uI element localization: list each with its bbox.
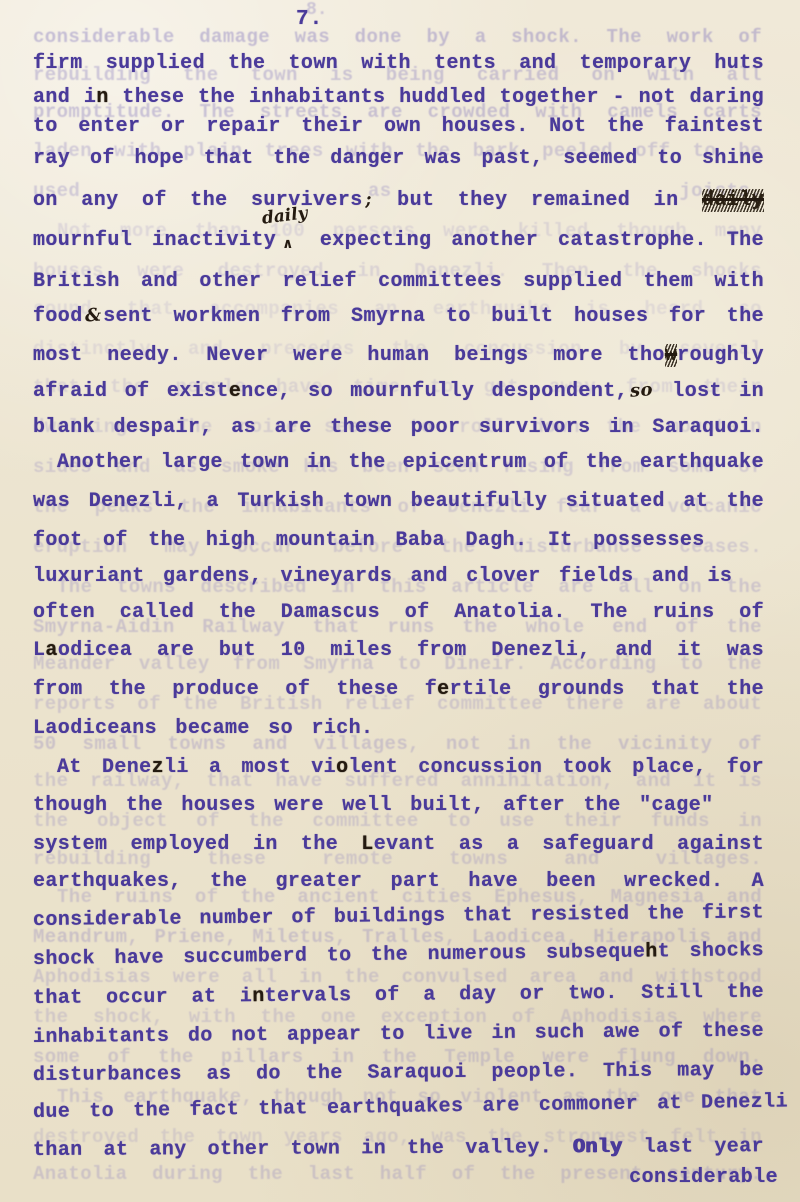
typewritten-text-layer: 7. considerable firm supplied the town w… — [0, 0, 800, 1202]
document-page: 8. considerable damage was done by a sho… — [0, 0, 800, 1202]
page-number: 7. — [296, 8, 323, 31]
typed-line: Another large town in the epicentrum of … — [33, 451, 764, 474]
typed-line: firm supplied the town with tents and te… — [33, 52, 764, 75]
typed-line: due to the fact that earthquakes are com… — [33, 1090, 788, 1124]
typed-line: on any of the survivers; but they remain… — [33, 189, 764, 212]
typed-line: than at any other town in the valley. On… — [33, 1135, 764, 1162]
handwritten-text: so — [627, 380, 655, 403]
typed-line: most needy. Never were human beings more… — [33, 344, 764, 367]
typed-line: mournful inactivitydaily∧ expecting anot… — [33, 229, 764, 252]
typed-line: often called the Damascus of Anatolia. T… — [33, 601, 764, 624]
insertion-caret: ∧ — [282, 236, 294, 252]
overtyped-letter: z — [152, 756, 164, 779]
handwritten-text: ; — [362, 190, 374, 211]
catchword: considerable — [629, 1166, 778, 1189]
overtyped-letter: n — [252, 985, 265, 1008]
overtyped-letter: a — [45, 639, 57, 662]
typed-line: shock have succumberd to the numerous su… — [33, 939, 764, 971]
typed-line: Laodicea are but 10 miles from Denezli, … — [33, 639, 764, 662]
typed-line: At Denezli a most violent concussion too… — [33, 756, 764, 779]
emphasized-text: Only — [573, 1136, 623, 1159]
typed-line: system employed in the Levant as a safeg… — [33, 833, 764, 856]
overtyped-letter: L — [361, 833, 373, 856]
typed-line: and in these the inhabitants huddled tog… — [33, 86, 764, 109]
overtyped-letter: e — [437, 678, 449, 701]
typed-line: afraid of existence, so mournfully despo… — [33, 380, 764, 403]
overtyped-letter: n — [96, 86, 108, 109]
typed-line: ray of hope that the danger was past, se… — [33, 147, 764, 170]
typed-line: luxuriant gardens, vineyards and clover … — [33, 565, 764, 588]
typed-line: from the produce of these fertile ground… — [33, 678, 764, 701]
typed-line: earthquakes, the greater part have been … — [33, 870, 764, 893]
typed-line: Laodiceans became so rich. — [33, 717, 764, 740]
handwritten-insertion: daily∧ — [276, 229, 300, 252]
overtyped-letter: o — [336, 756, 348, 779]
typed-line: though the houses were well built, after… — [33, 794, 764, 817]
handwritten-text: & — [82, 305, 104, 327]
typed-line: food&sent workmen from Smyrna to built h… — [33, 305, 764, 328]
struck-out-text: daily — [702, 189, 764, 212]
typed-line: was Denezli, a Turkish town beautifully … — [33, 490, 764, 513]
typed-line: British and other relief committees supp… — [33, 270, 764, 293]
typed-line: blank despair, as are these poor survivo… — [33, 416, 764, 439]
typed-line: foot of the high mountain Baba Dagh. It … — [33, 529, 764, 552]
overtyped-letter: h — [645, 940, 658, 963]
typed-line: that occur at intervals of a day or two.… — [33, 981, 764, 1010]
typed-line: to enter or repair their own houses. Not… — [33, 115, 764, 138]
struck-out-text: w — [665, 344, 677, 367]
typed-line: disturbances as do the Saraquoi people. … — [33, 1059, 764, 1087]
typed-line: considerable number of buildings that re… — [33, 901, 764, 932]
overtyped-letter: e — [229, 380, 241, 403]
typed-line: inhabitants do not appear to live in suc… — [33, 1020, 764, 1049]
